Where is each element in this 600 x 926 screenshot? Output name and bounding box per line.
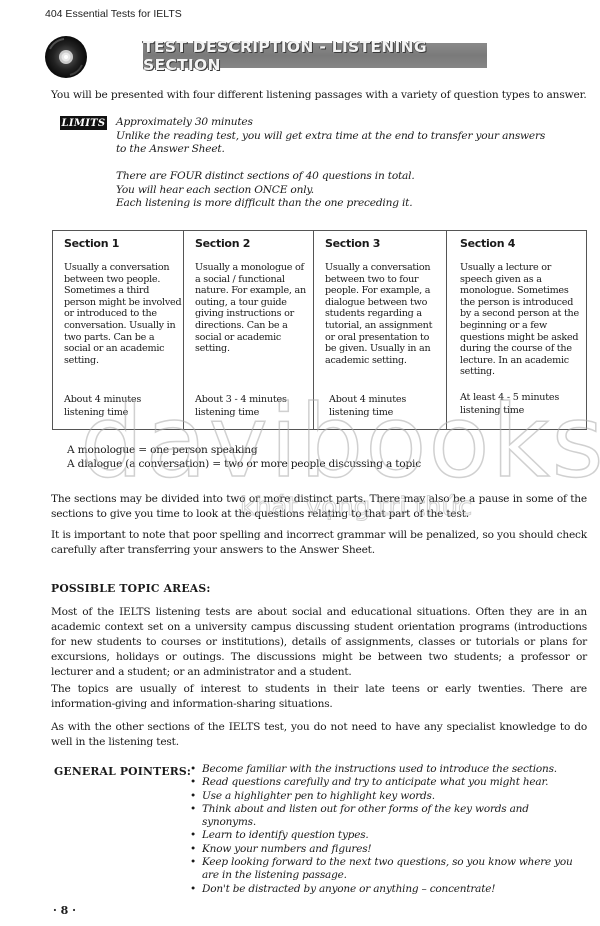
sections-divided-paragraph: The sections may be divided into two or … (51, 492, 587, 522)
specialist-knowledge-paragraph: As with the other sections of the IELTS … (51, 720, 587, 750)
topics-interest-paragraph: The topics are usually of interest to st… (51, 682, 587, 712)
limits-badge-label: LIMITS (62, 118, 106, 129)
section-time: About 4 minutes listening time (329, 394, 406, 419)
limits-line: There are FOUR distinct sections of 40 q… (116, 170, 586, 184)
intro-text: You will be presented with four differen… (51, 89, 591, 101)
section-time: About 3 - 4 minutes listening time (195, 394, 287, 419)
section-description: Usually a lecture or speech given as a m… (460, 262, 582, 378)
pointer-item: Know your numbers and figures! (190, 843, 580, 856)
section-time: At least 4 - 5 minutes listening time (460, 392, 559, 417)
section-description: Usually a conversation between two peopl… (64, 262, 182, 366)
section-time-line: At least 4 - 5 minutes (460, 392, 559, 405)
pointer-item: Become familiar with the instructions us… (190, 763, 580, 776)
pointer-item: Keep looking forward to the next two que… (190, 856, 580, 883)
pointer-item: Don't be distracted by anyone or anythin… (190, 883, 580, 896)
banner-title: TEST DESCRIPTION - LISTENING SECTION (143, 38, 487, 74)
section-1-column: Section 1 Usually a conversation between… (53, 231, 184, 429)
section-title: Section 4 (460, 237, 586, 250)
section-title: Section 2 (195, 237, 313, 250)
topics-paragraph: Most of the IELTS listening tests are ab… (51, 605, 587, 680)
definition-dialogue: A dialogue (a conversation) = two or mor… (67, 457, 421, 471)
cd-disc-icon (44, 35, 88, 79)
section-time-line: About 4 minutes (64, 394, 141, 407)
section-time-line: listening time (64, 407, 141, 420)
section-time-line: listening time (195, 407, 287, 420)
limits-badge: LIMITS (60, 116, 107, 130)
limits-line: Unlike the reading test, you will get ex… (116, 130, 586, 144)
running-head: 404 Essential Tests for IELTS (45, 8, 182, 20)
section-2-column: Section 2 Usually a monologue of a socia… (184, 231, 314, 429)
general-pointers-label: GENERAL POINTERS: (54, 765, 191, 778)
pointer-item: Use a highlighter pen to highlight key w… (190, 790, 580, 803)
section-time-line: listening time (460, 405, 559, 418)
spelling-paragraph: It is important to note that poor spelli… (51, 528, 587, 558)
section-3-column: Section 3 Usually a conversation between… (314, 231, 447, 429)
section-time: About 4 minutes listening time (64, 394, 141, 419)
section-description: Usually a monologue of a social / functi… (195, 262, 309, 355)
section-title: Section 3 (325, 237, 446, 250)
limits-text: Approximately 30 minutesUnlike the readi… (116, 116, 586, 211)
general-pointers-list: Become familiar with the instructions us… (190, 763, 580, 896)
pointer-item: Think about and listen out for other for… (190, 803, 580, 830)
topic-areas-heading: POSSIBLE TOPIC AREAS: (51, 582, 211, 595)
section-time-line: About 3 - 4 minutes (195, 394, 287, 407)
section-time-line: About 4 minutes (329, 394, 406, 407)
section-title: Section 1 (64, 237, 183, 250)
pointer-item: Learn to identify question types. (190, 829, 580, 842)
limits-spacer (116, 157, 586, 171)
page-number: · 8 · (53, 904, 76, 917)
limits-line: to the Answer Sheet. (116, 143, 586, 157)
limits-line: Approximately 30 minutes (116, 116, 586, 130)
section-banner: TEST DESCRIPTION - LISTENING SECTION (143, 43, 487, 68)
section-description: Usually a conversation between two to fo… (325, 262, 443, 366)
sections-table: Section 1 Usually a conversation between… (52, 230, 587, 430)
definition-monologue: A monologue = one person speaking (67, 443, 421, 457)
pointer-item: Read questions carefully and try to anti… (190, 776, 580, 789)
definitions: A monologue = one person speaking A dial… (67, 443, 421, 471)
section-time-line: listening time (329, 407, 406, 420)
limits-line: You will hear each section ONCE only. (116, 184, 586, 198)
limits-line: Each listening is more difficult than th… (116, 197, 586, 211)
section-4-column: Section 4 Usually a lecture or speech gi… (447, 231, 586, 429)
